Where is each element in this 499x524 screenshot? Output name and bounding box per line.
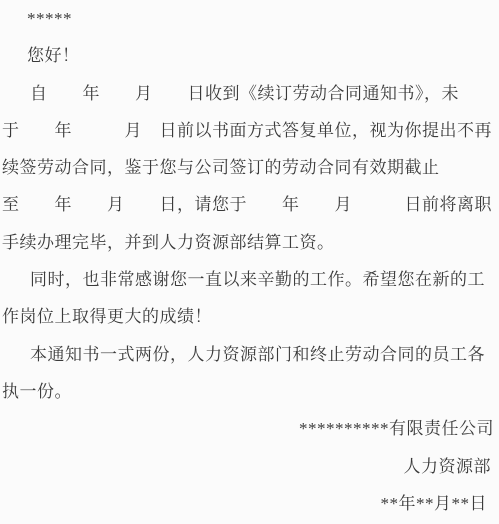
body-line: 手续办理完毕，并到人力资源部结算工资。 (2, 224, 499, 261)
body-line: 同时，也非常感谢您一直以来辛勤的工作。希望您在新的工 (30, 261, 499, 298)
date-line: **年**月**日 (0, 485, 499, 522)
body-line: 续签劳动合同，鉴于您与公司签订的劳动合同有效期截止 (2, 149, 499, 186)
body-line: 本通知书一式两份，人力资源部门和终止劳动合同的员工各 (30, 336, 499, 373)
company-signature-line: **********有限责任公司 (0, 410, 499, 447)
department-signature-line: 人力资源部 (0, 448, 499, 485)
body-line: 执一份。 (2, 373, 499, 410)
masked-recipient-line: ***** (27, 0, 499, 37)
letter-document: ***** 您好！ 自 年 月 日收到《续订劳动合同通知书》，未 于 年 月 日… (0, 0, 499, 524)
body-line: 作岗位上取得更大的成绩！ (2, 298, 499, 335)
body-line: 于 年 月 日前以书面方式答复单位，视为你提出不再 (2, 112, 499, 149)
greeting-line: 您好！ (27, 37, 499, 74)
body-line: 自 年 月 日收到《续订劳动合同通知书》，未 (30, 75, 499, 112)
body-line: 至 年 月 日，请您于 年 月 日前将离职 (2, 186, 499, 223)
